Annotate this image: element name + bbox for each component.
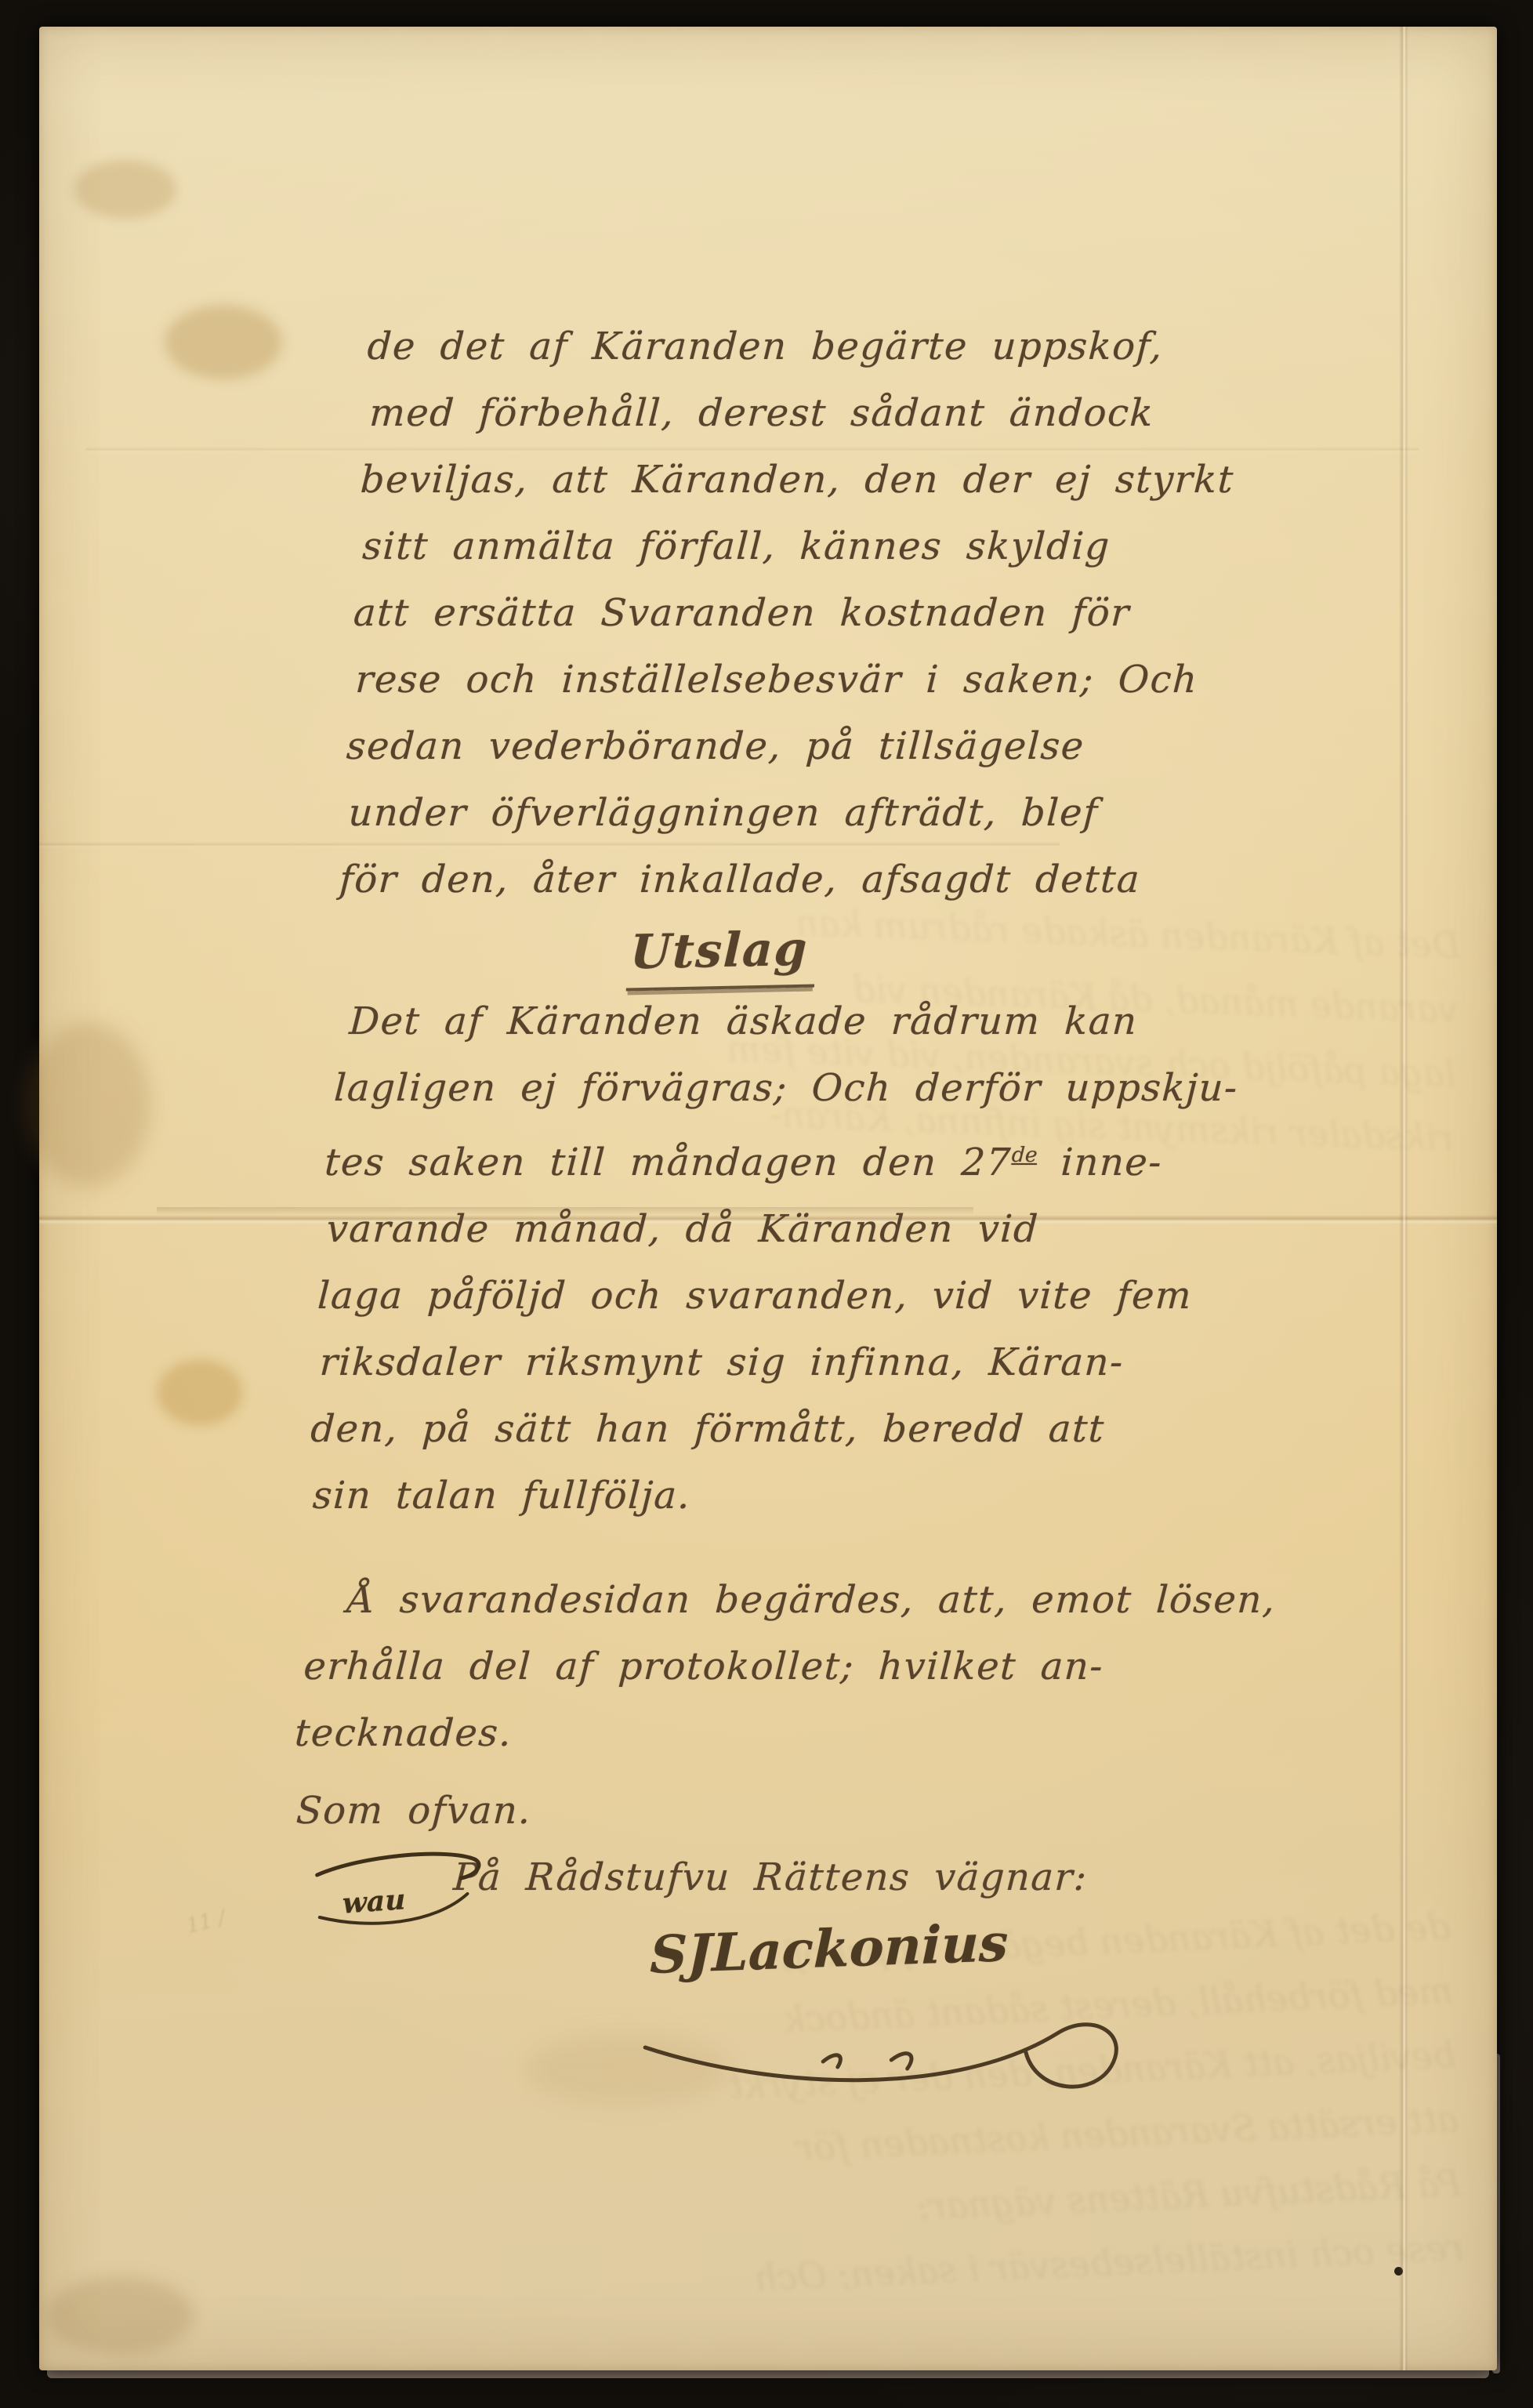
handwritten-line: rese och inställelsebesvär i saken; Och [353, 647, 1527, 713]
handwritten-line: erhålla del af protokollet; hvilket an- [302, 1634, 1475, 1700]
handwritten-line: sedan vederbörande, på tillsägelse [345, 713, 1524, 780]
clerk-initials: wau [305, 1842, 490, 1936]
date-superscript: de [1011, 1143, 1038, 1167]
signature-row: SJLackonius [643, 1916, 1461, 2080]
manuscript-page: Det af Käranden äskade rådrum kan varand… [39, 27, 1497, 2370]
handwritten-line: med förbehåll, derest sådant ändock [368, 380, 1533, 447]
handwritten-text-block: de det af Käranden begärte uppskof, med … [277, 314, 1533, 2080]
handwritten-line: beviljas, att Käranden, den der ej styrk… [359, 447, 1533, 513]
handwritten-line: lagligen ej förvägras; Och derför uppskj… [332, 1055, 1506, 1122]
handwritten-line: tecknades. [293, 1700, 1472, 1767]
ink-dot [1394, 2267, 1403, 2276]
stain [165, 305, 282, 379]
handwritten-line: riksdaler riksmynt sig infinna, Käran- [318, 1329, 1491, 1396]
handwritten-line: Å svarandesidan begärdes, att, emot löse… [346, 1567, 1479, 1634]
authority-line: På Rådstufvu Rättens vägnar: [451, 1844, 1464, 1911]
handwritten-line: sitt anmälta förfall, kännes skyldig [361, 513, 1533, 580]
attestation-line: Som ofvan. [295, 1778, 1468, 1844]
verdict-heading: Utslag [625, 918, 1513, 988]
initials-text: wau [342, 1866, 406, 1937]
stain [45, 2276, 194, 2355]
verdict-heading-word: Utslag [626, 916, 817, 991]
handwritten-line: sin talan fullfölja. [311, 1463, 1484, 1529]
handwritten-line: de det af Käranden begärte uppskof, [366, 314, 1533, 380]
handwritten-line: tes saken till måndagen den 27de inne- [323, 1122, 1502, 1196]
handwritten-line: under öfverläggningen afträdt, blef [346, 780, 1520, 847]
handwritten-line: varande månad, då Käranden vid [325, 1196, 1499, 1263]
handwritten-line: laga påföljd och svaranden, vid vite fem [316, 1263, 1495, 1329]
scan-background: Det af Käranden äskade rådrum kan varand… [0, 0, 1533, 2408]
date-line-after: inne- [1036, 1141, 1164, 1184]
stain [74, 160, 176, 219]
stain [157, 1359, 243, 1426]
handwritten-line: den, på sätt han förmått, beredd att [309, 1396, 1488, 1463]
date-line-before: tes saken till måndagen den 27 [324, 1141, 1013, 1184]
handwritten-line: att ersätta Svaranden kostnaden för [352, 580, 1531, 647]
handwritten-line: för den, åter inkallade, afsagdt detta [338, 847, 1517, 913]
handwritten-line: Det af Käranden äskade rådrum kan [347, 988, 1509, 1055]
signature-flourish [618, 1961, 1174, 2118]
stain [25, 1022, 150, 1187]
